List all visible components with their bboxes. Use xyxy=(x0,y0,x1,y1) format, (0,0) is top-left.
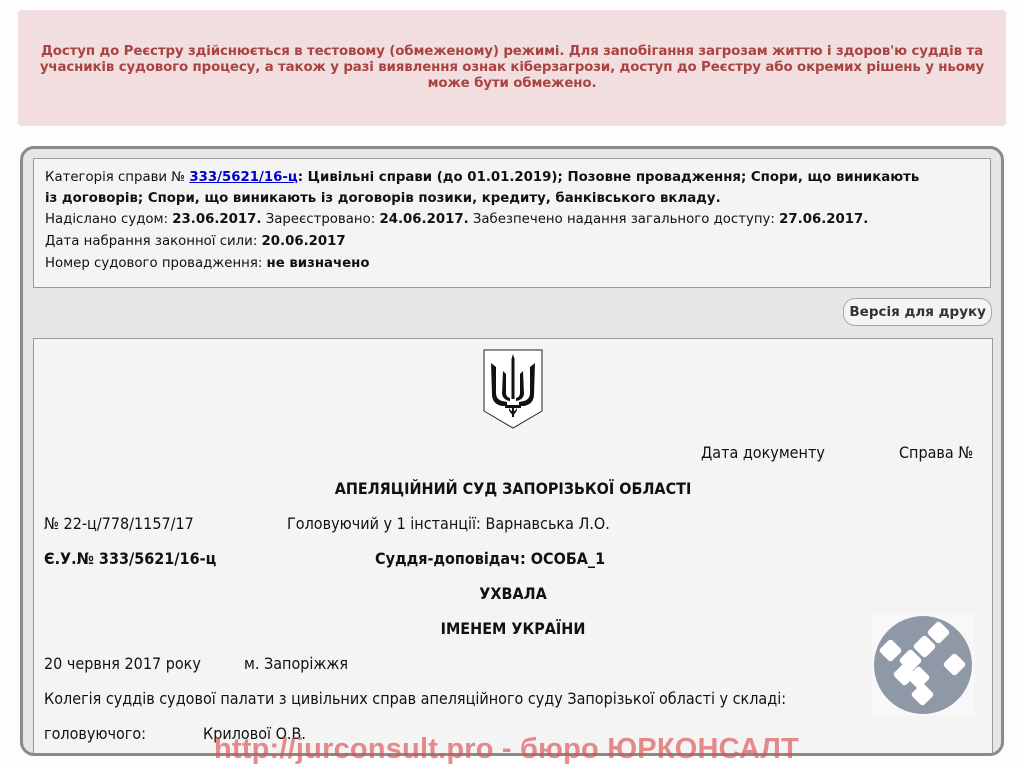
presiding-label: головуючого: xyxy=(44,724,146,743)
reporting-judge: Суддя-доповідач: ОСОБА_1 xyxy=(375,549,605,568)
category-row: Категорія справи № 333/5621/16-ц: Цивіль… xyxy=(45,167,979,209)
effective-date-row: Дата набрання законної сили: 20.06.2017 xyxy=(45,231,979,253)
watermark-footer-text: http://jurconsult.pro - бюро ЮРКОНСАЛТ xyxy=(214,733,799,766)
first-instance-judge: Головуючий у 1 інстанції: Варнавська Л.О… xyxy=(287,514,610,533)
category-value-1: : Цивільні справи (до 01.01.2019); Позов… xyxy=(298,170,920,185)
category-value-2: із договорів; Спори, що виникають із дог… xyxy=(45,191,721,206)
decision-container: Категорія справи № 333/5621/16-ц: Цивіль… xyxy=(20,146,1004,756)
public-access-label: Забезпечено надання загального доступу: xyxy=(469,212,780,227)
in-the-name-of-ukraine: ІМЕНЕМ УКРАЇНИ xyxy=(34,619,992,638)
puzzle-logo-icon xyxy=(872,614,974,716)
proceeding-number-value: не визначено xyxy=(267,256,370,271)
case-info-panel: Категорія справи № 333/5621/16-ц: Цивіль… xyxy=(33,158,991,288)
sent-value: 23.06.2017. xyxy=(172,212,261,227)
access-warning-alert: Доступ до Реєстру здійснюється в тестово… xyxy=(18,10,1006,126)
document-date-label: Дата документу xyxy=(701,443,825,462)
print-version-button[interactable]: Версія для друку xyxy=(843,298,992,326)
effective-date-label: Дата набрання законної сили: xyxy=(45,234,262,249)
proceeding-number-label: Номер судового провадження: xyxy=(45,256,267,271)
court-name: АПЕЛЯЦІЙНИЙ СУД ЗАПОРІЗЬКОЇ ОБЛАСТІ xyxy=(34,479,992,498)
dates-row: Надіслано судом: 23.06.2017. Зареєстрова… xyxy=(45,209,979,231)
panel-intro: Колегія суддів судової палати з цивільни… xyxy=(44,689,786,708)
registered-value: 24.06.2017. xyxy=(379,212,468,227)
sent-label: Надіслано судом: xyxy=(45,212,172,227)
proceeding-number: № 22-ц/778/1157/17 xyxy=(44,514,194,533)
document-type: УХВАЛА xyxy=(34,584,992,603)
category-label: Категорія справи № xyxy=(45,170,189,185)
effective-date-value: 20.06.2017 xyxy=(262,234,346,249)
alert-text: Доступ до Реєстру здійснюється в тестово… xyxy=(34,44,990,92)
ukraine-trident-emblem-icon xyxy=(483,349,543,429)
decision-date: 20 червня 2017 року xyxy=(44,654,201,673)
document-body: Дата документу Справа № АПЕЛЯЦІЙНИЙ СУД … xyxy=(33,338,993,756)
case-number-label: Справа № xyxy=(899,443,973,462)
unified-case-number: Є.У.№ 333/5621/16-ц xyxy=(44,549,216,568)
public-access-value: 27.06.2017. xyxy=(779,212,868,227)
proceeding-number-row: Номер судового провадження: не визначено xyxy=(45,253,979,275)
decision-city: м. Запоріжжя xyxy=(244,654,348,673)
registered-label: Зареєстровано: xyxy=(261,212,379,227)
case-number-link[interactable]: 333/5621/16-ц xyxy=(189,170,297,185)
